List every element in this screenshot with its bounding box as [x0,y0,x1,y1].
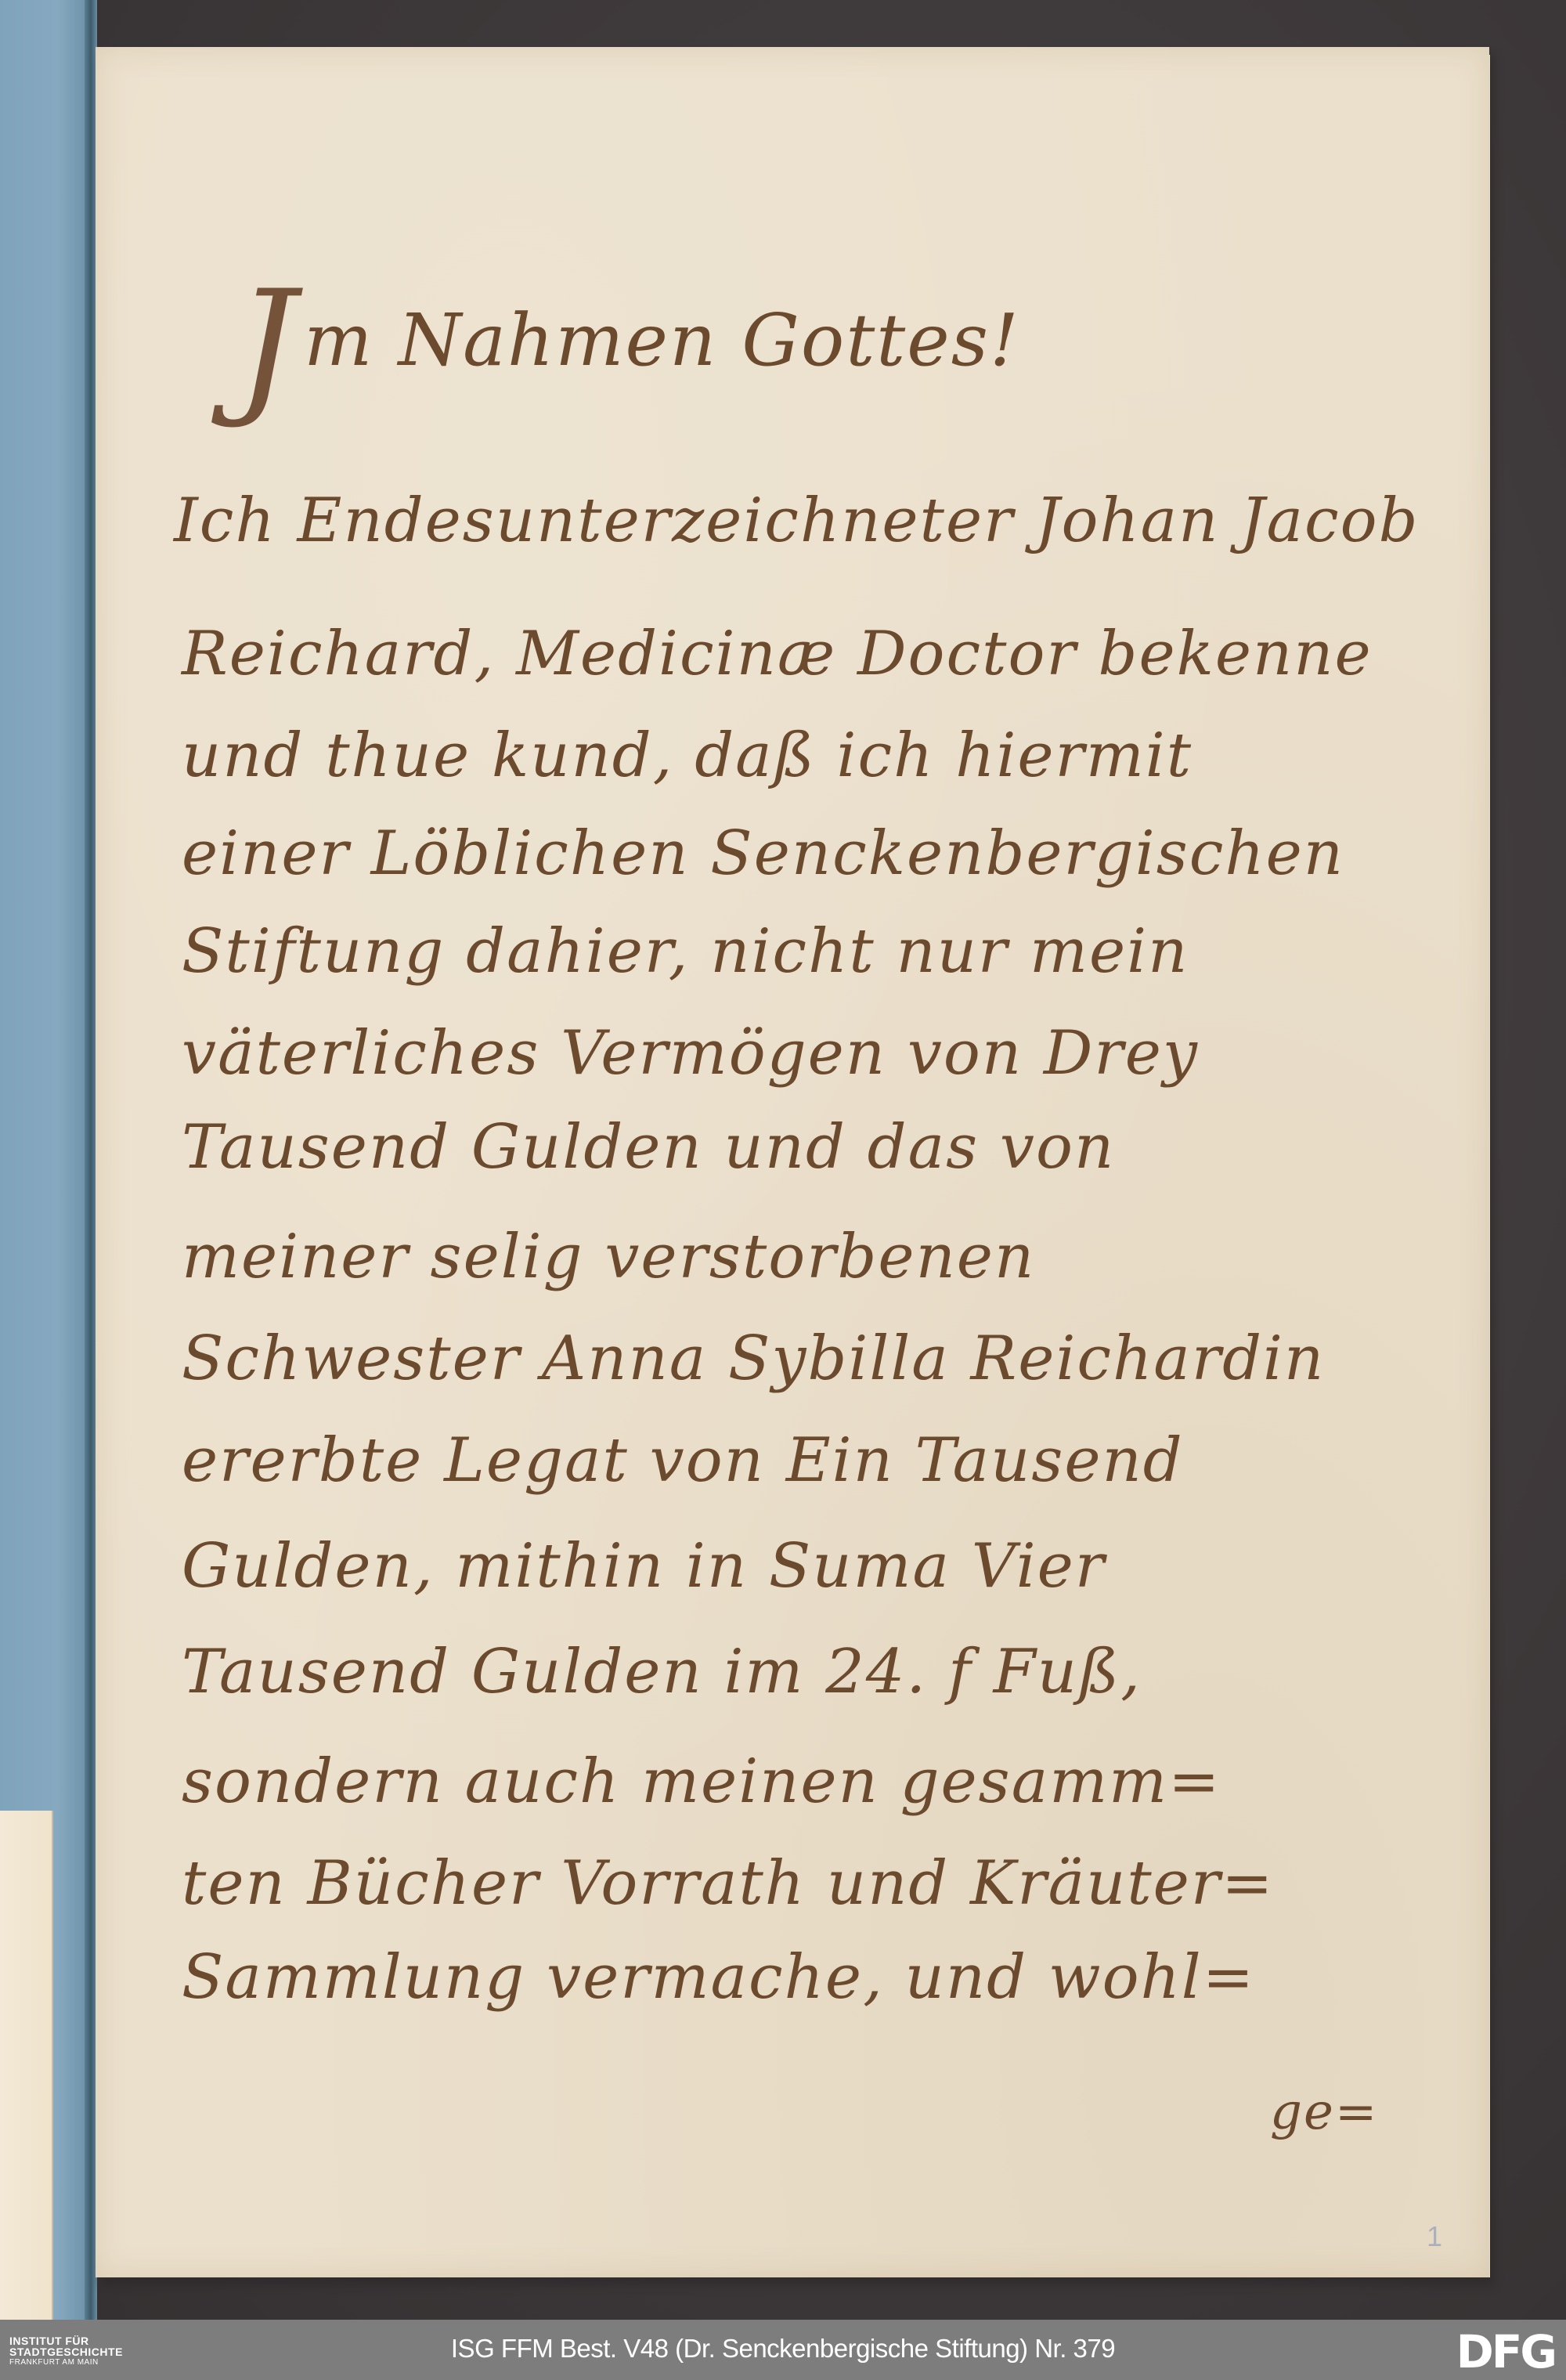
manuscript-line: meiner selig verstorbenen [182,1222,1035,1292]
manuscript-line: väterliches Vermögen von Drey [182,1018,1199,1089]
manuscript-line: Ich Endesunterzeichneter Johan Jacob [174,486,1420,556]
manuscript-line: Tausend Gulden und das von [182,1112,1115,1183]
manuscript-line: Reichard, Medicinæ Doctor bekenne [182,619,1373,689]
flyleaf-paper [0,1811,53,2320]
dfg-logo: DFG [1456,2329,1555,2375]
manuscript-line: Sammlung vermache, und wohl= [182,1942,1255,2013]
manuscript-line: Tausend Gulden im 24. f Fuß, [182,1637,1142,1707]
folio-number: 1 [1427,2220,1442,2253]
heading-text: m Nahmen Gottes! [304,298,1020,382]
manuscript-line: Stiftung dahier, nicht nur mein [182,916,1189,987]
viewer-footer: INSTITUT FÜR STADTGESCHICHTE FRANKFURT A… [0,2320,1566,2380]
manuscript-page: Jm Nahmen Gottes! Ich Endesunterzeichnet… [96,47,1489,2277]
manuscript-line: Schwester Anna Sybilla Reichardin [182,1324,1325,1394]
manuscript-line: sondern auch meinen gesamm= [182,1746,1221,1817]
manuscript-line: ten Bücher Vorrath und Kräuter= [182,1848,1274,1919]
scan-image: Jm Nahmen Gottes! Ich Endesunterzeichnet… [0,0,1566,2320]
shelfmark-caption: ISG FFM Best. V48 (Dr. Senckenbergische … [0,2334,1566,2364]
heading-initial: J [236,258,298,432]
catchword: ge= [1270,2083,1378,2141]
manuscript-line: Gulden, mithin in Suma Vier [182,1531,1106,1602]
manuscript-line: einer Löblichen Senckenbergischen [182,818,1344,889]
manuscript-line: ererbte Legat von Ein Tausend [182,1425,1184,1496]
manuscript-line: und thue kund, daß ich hiermit [182,721,1193,791]
manuscript-heading: Jm Nahmen Gottes! [236,227,1020,400]
